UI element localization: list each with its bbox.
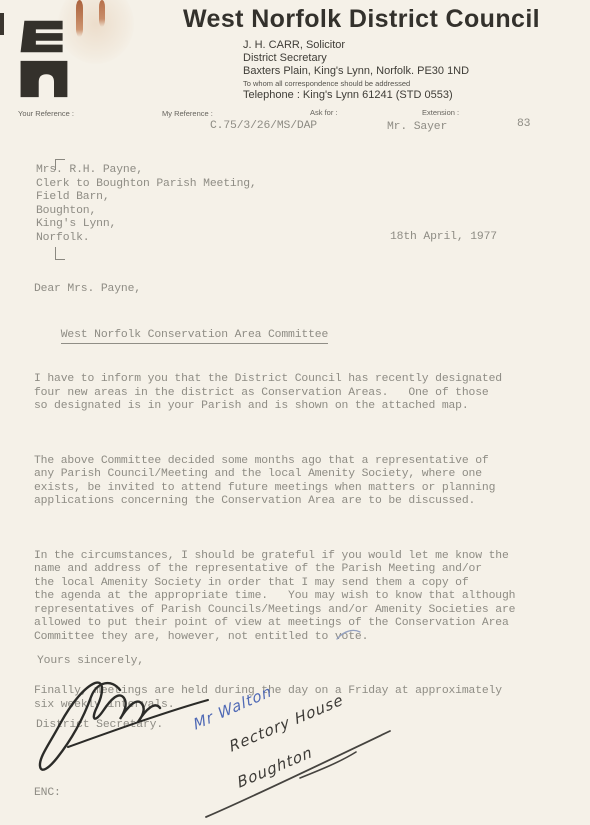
letter-date: 18th April, 1977 (390, 231, 497, 245)
stain-streak (99, 0, 105, 27)
typed-line: six weekly intervals. (34, 699, 544, 713)
typed-line: King's Lynn, (36, 218, 257, 232)
paragraph: In the circumstances, I should be gratef… (34, 550, 544, 645)
my-reference-value: C.75/3/26/MS/DAP (210, 120, 317, 134)
extension-label: Extension : (422, 108, 459, 117)
subject-text: West Norfolk Conservation Area Committee (61, 329, 328, 344)
extension-value: 83 (517, 118, 530, 132)
typed-line: representatives of Parish Councils/Meeti… (34, 604, 544, 618)
enclosure-note: ENC: (34, 787, 61, 801)
correspondence-note: To whom all correspondence should be add… (243, 78, 469, 89)
typed-line: so designated is in your Parish and is s… (34, 400, 544, 414)
closing: Yours sincerely, (37, 655, 144, 669)
typed-line: Committee they are, however, not entitle… (34, 631, 544, 645)
typed-line: any Parish Council/Meeting and the local… (34, 468, 544, 482)
recipient-address: Mrs. R.H. Payne,Clerk to Boughton Parish… (36, 164, 257, 245)
your-reference-label: Your Reference : (18, 109, 74, 118)
ask-for-value: Mr. Sayer (387, 121, 447, 135)
typed-line: the local Amenity Society in order that … (34, 577, 544, 591)
letter-body: I have to inform you that the District C… (34, 346, 544, 753)
typed-line: Clerk to Boughton Parish Meeting, (36, 178, 257, 192)
paragraph: Finally, meetings are held during the da… (34, 685, 544, 712)
typed-line: In the circumstances, I should be gratef… (34, 550, 544, 564)
officer-title: District Secretary (243, 52, 469, 65)
typed-line: I have to inform you that the District C… (34, 373, 544, 387)
typed-line: four new areas in the district as Conser… (34, 387, 544, 401)
typed-line: applications concerning the Conservation… (34, 495, 544, 509)
typed-line: allowed to put their point of view at me… (34, 617, 544, 631)
typed-line: Finally, meetings are held during the da… (34, 685, 544, 699)
castle-tower-icon (15, 15, 72, 101)
ask-for-label: Ask for : (310, 108, 338, 117)
scanned-letter-page: West Norfolk District Council J. H. CARR… (0, 0, 590, 825)
typed-line: Field Barn, (36, 191, 257, 205)
salutation: Dear Mrs. Payne, (34, 283, 141, 297)
typed-line: Boughton, (36, 205, 257, 219)
typed-line: The above Committee decided some months … (34, 455, 544, 469)
stain-streak (76, 0, 83, 37)
address-window-bracket-bottom (55, 247, 65, 260)
officer-name: J. H. CARR, Solicitor (243, 39, 469, 52)
scan-edge-mark (0, 13, 4, 35)
typed-line: exists, be invited to attend future meet… (34, 482, 544, 496)
paragraph: I have to inform you that the District C… (34, 373, 544, 414)
typed-line: Mrs. R.H. Payne, (36, 164, 257, 178)
my-reference-label: My Reference : (162, 109, 213, 118)
typed-line: the agenda at the appropriate time. You … (34, 590, 544, 604)
council-address: Baxters Plain, King's Lynn, Norfolk. PE3… (243, 65, 469, 78)
paragraph: The above Committee decided some months … (34, 455, 544, 509)
signer-title: District Secretary. (36, 719, 163, 733)
typed-line: Norfolk. (36, 232, 257, 246)
telephone-line: Telephone : King's Lynn 61241 (STD 0553) (243, 89, 469, 102)
typed-line: name and address of the representative o… (34, 563, 544, 577)
council-name: West Norfolk District Council (183, 5, 540, 34)
letterhead-details: J. H. CARR, Solicitor District Secretary… (243, 39, 469, 102)
